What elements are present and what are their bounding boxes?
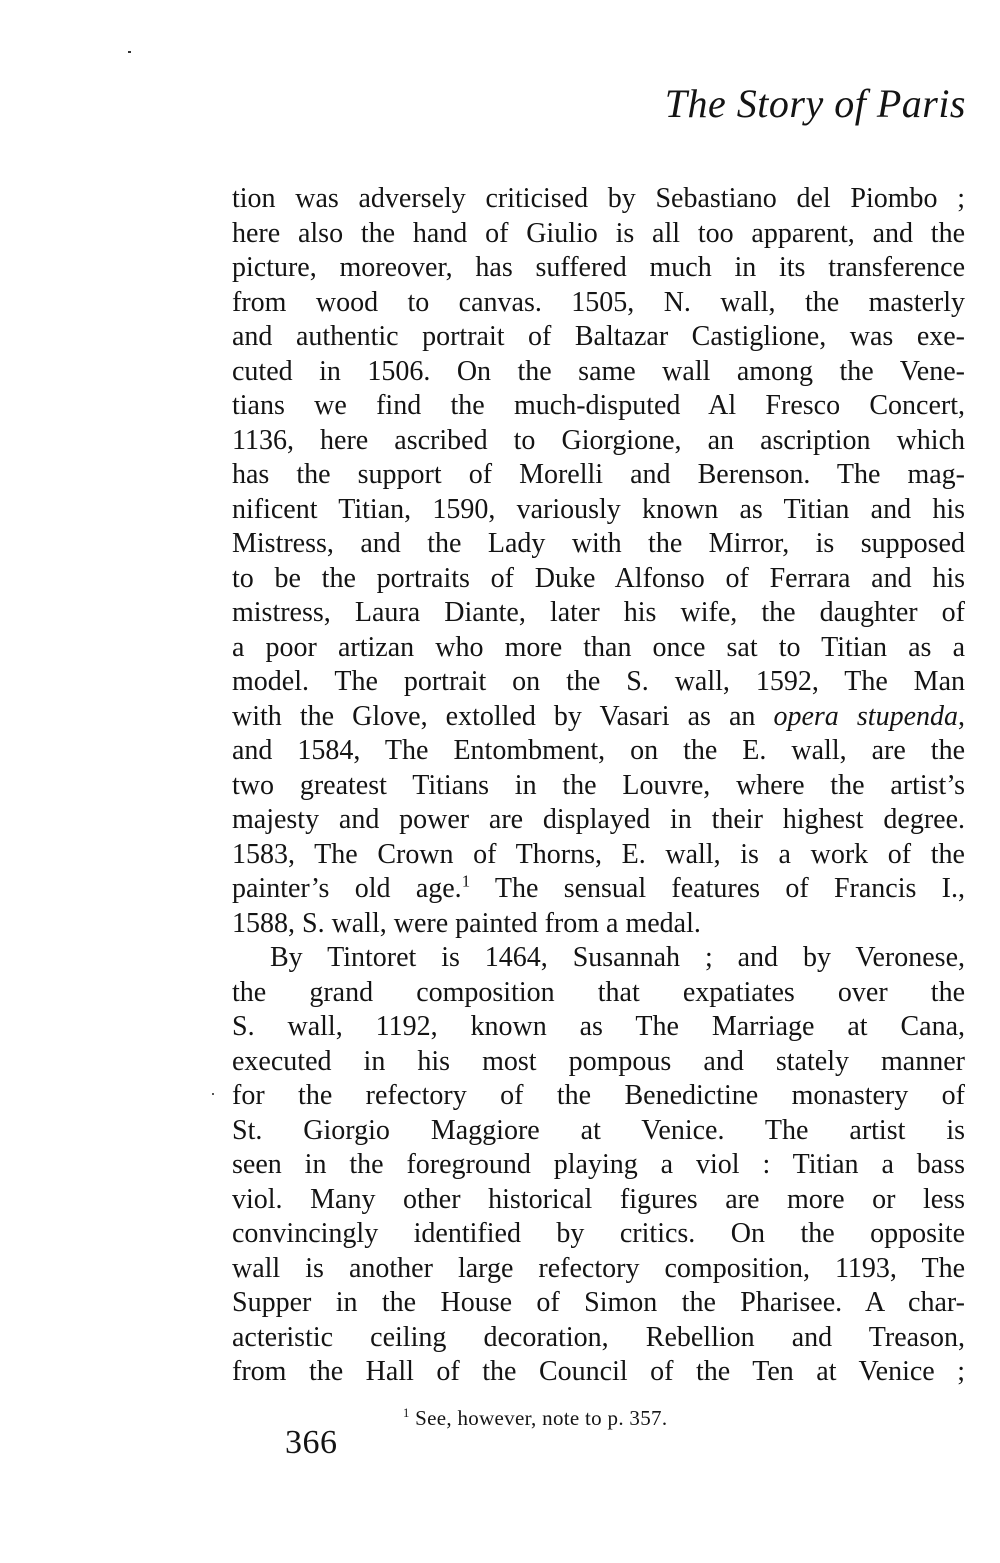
text-line: from wood to canvas. 1505, N. wall, the …: [232, 286, 965, 321]
text-line: 1136, here ascribed to Giorgione, an asc…: [232, 424, 965, 459]
text-line: seen in the foreground playing a viol : …: [232, 1148, 965, 1183]
footnote-marker: 1: [403, 1406, 410, 1420]
text-line: S. wall, 1192, known as The Marriage at …: [232, 1010, 965, 1045]
scan-speck: [212, 1093, 214, 1095]
text-line: cuted in 1506. On the same wall among th…: [232, 355, 965, 390]
text-line: the grand composition that expatiates ov…: [232, 976, 965, 1011]
italic-phrase: opera stupenda: [773, 701, 958, 732]
text-line: convincingly identified by critics. On t…: [232, 1217, 965, 1252]
text-line: has the support of Morelli and Berenson.…: [232, 458, 965, 493]
text-line: and 1584, The Entombment, on the E. wall…: [232, 734, 965, 769]
page-number: 366: [285, 1423, 338, 1463]
line-text: with the Glove, extolled by Vasari as an: [232, 701, 773, 732]
text-line: model. The portrait on the S. wall, 1592…: [232, 665, 965, 700]
line-text: The sensual features of Francis I.,: [470, 873, 965, 904]
text-line: with the Glove, extolled by Vasari as an…: [232, 700, 965, 735]
text-line: painter’s old age.1 The sensual features…: [232, 872, 965, 907]
text-line: wall is another large refectory composit…: [232, 1252, 965, 1287]
text-line: 1588, S. wall, were painted from a medal…: [232, 907, 965, 942]
body-text: tion was adversely criticised by Sebasti…: [232, 182, 965, 1390]
paragraph-start-line: By Tintoret is 1464, Susannah ; and by V…: [232, 941, 965, 976]
text-line: executed in his most pompous and stately…: [232, 1045, 965, 1080]
text-line: 1583, The Crown of Thorns, E. wall, is a…: [232, 838, 965, 873]
text-line: and authentic portrait of Baltazar Casti…: [232, 320, 965, 355]
running-head: The Story of Paris: [665, 80, 966, 128]
text-line: a poor artizan who more than once sat to…: [232, 631, 965, 666]
scan-speck: [128, 51, 131, 53]
footnote-marker: 1: [462, 872, 470, 891]
text-line: from the Hall of the Council of the Ten …: [232, 1355, 965, 1390]
text-line: to be the portraits of Duke Alfonso of F…: [232, 562, 965, 597]
text-line: here also the hand of Giulio is all too …: [232, 217, 965, 252]
line-text: painter’s old age.: [232, 873, 462, 904]
text-line: majesty and power are displayed in their…: [232, 803, 965, 838]
text-line: acteristic ceiling decoration, Rebellion…: [232, 1321, 965, 1356]
footnote-text: See, however, note to p. 357.: [410, 1406, 668, 1430]
text-line: St. Giorgio Maggiore at Venice. The arti…: [232, 1114, 965, 1149]
text-line: picture, moreover, has suffered much in …: [232, 251, 965, 286]
footnote: 1 See, however, note to p. 357.: [403, 1405, 667, 1431]
text-line: tion was adversely criticised by Sebasti…: [232, 182, 965, 217]
text-line: nificent Titian, 1590, variously known a…: [232, 493, 965, 528]
text-line: tians we find the much-disputed Al Fresc…: [232, 389, 965, 424]
text-line: viol. Many other historical figures are …: [232, 1183, 965, 1218]
text-line: Supper in the House of Simon the Pharise…: [232, 1286, 965, 1321]
text-line: mistress, Laura Diante, later his wife, …: [232, 596, 965, 631]
line-text: ,: [958, 701, 965, 732]
text-line: Mistress, and the Lady with the Mirror, …: [232, 527, 965, 562]
text-line: for the refectory of the Benedictine mon…: [232, 1079, 965, 1114]
text-line: two greatest Titians in the Louvre, wher…: [232, 769, 965, 804]
